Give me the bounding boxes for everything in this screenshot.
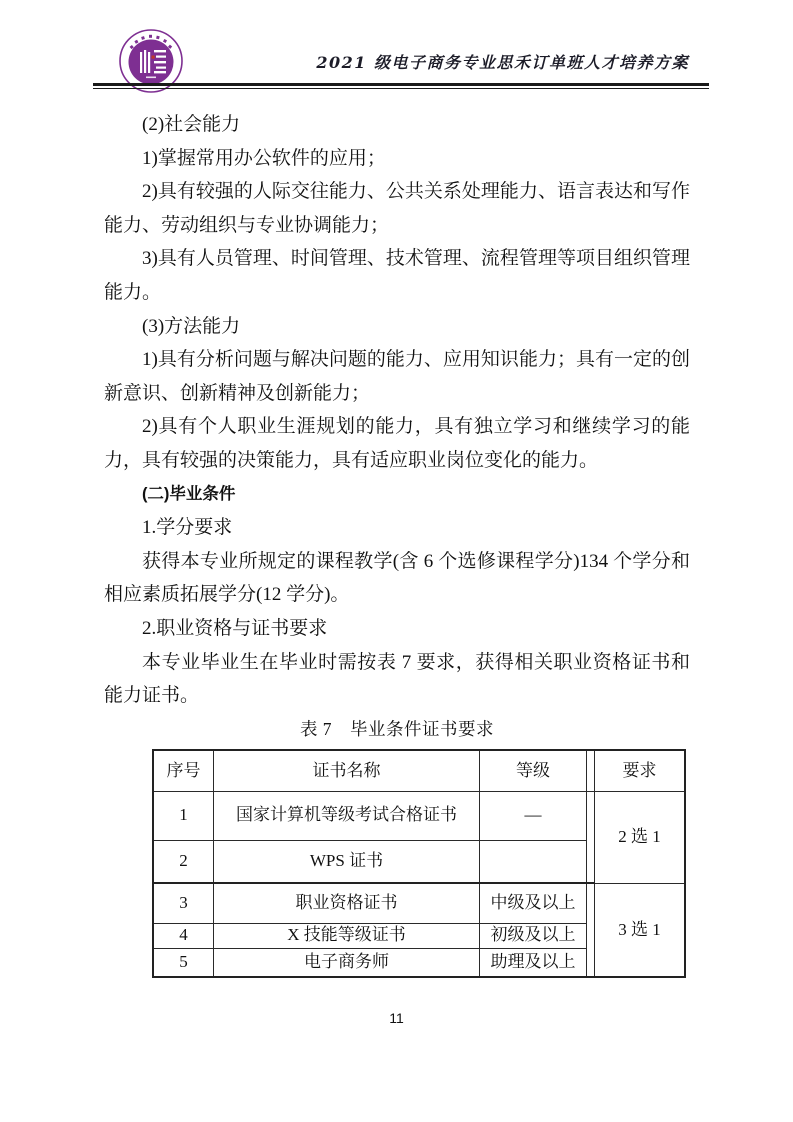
table-row: 3 职业资格证书 中级及以上 3 选 1 bbox=[153, 883, 685, 923]
cell-no: 5 bbox=[153, 948, 214, 977]
cell-requirement: 3 选 1 bbox=[595, 883, 686, 977]
column-header-name: 证书名称 bbox=[214, 750, 480, 791]
page-header-title: 2021 级电子商务专业思禾订单班人才培养方案 bbox=[316, 50, 689, 73]
cell-name: X 技能等级证书 bbox=[214, 923, 480, 948]
certificate-requirements-table: 序号 证书名称 等级 要求 1 国家计算机等级考试合格证书 — 2 选 1 2 … bbox=[152, 749, 686, 978]
paragraph: (3)方法能力 bbox=[104, 310, 690, 344]
cell-no: 4 bbox=[153, 923, 214, 948]
cell-no: 3 bbox=[153, 883, 214, 923]
cell-name: 职业资格证书 bbox=[214, 883, 480, 923]
column-header-no: 序号 bbox=[153, 750, 214, 791]
column-gap bbox=[587, 883, 595, 923]
paragraph: 获得本专业所规定的课程教学(含 6 个选修课程学分)134 个学分和相应素质拓展… bbox=[104, 545, 690, 612]
document-page: 2021 级电子商务专业思禾订单班人才培养方案 (2)社会能力 1)掌握常用办公… bbox=[0, 0, 793, 1122]
paragraph: 2.职业资格与证书要求 bbox=[104, 612, 690, 646]
cell-no: 1 bbox=[153, 791, 214, 840]
cell-name: 电子商务师 bbox=[214, 948, 480, 977]
column-gap bbox=[587, 791, 595, 840]
cell-level: 中级及以上 bbox=[480, 883, 587, 923]
document-body: (2)社会能力 1)掌握常用办公软件的应用； 2)具有较强的人际交往能力、公共关… bbox=[104, 108, 690, 978]
paragraph: 3)具有人员管理、时间管理、技术管理、流程管理等项目组织管理能力。 bbox=[104, 242, 690, 309]
paragraph: 1)具有分析问题与解决问题的能力、应用知识能力；具有一定的创新意识、创新精神及创… bbox=[104, 343, 690, 410]
cell-level: 初级及以上 bbox=[480, 923, 587, 948]
page-number: 11 bbox=[0, 1010, 793, 1026]
cell-requirement: 2 选 1 bbox=[595, 791, 686, 883]
cell-name: 国家计算机等级考试合格证书 bbox=[214, 791, 480, 840]
column-gap bbox=[587, 840, 595, 883]
column-header-level: 等级 bbox=[480, 750, 587, 791]
cell-name: WPS 证书 bbox=[214, 840, 480, 883]
column-header-req: 要求 bbox=[595, 750, 686, 791]
cell-level: — bbox=[480, 791, 587, 840]
table-row: 1 国家计算机等级考试合格证书 — 2 选 1 bbox=[153, 791, 685, 840]
table-header-row: 序号 证书名称 等级 要求 bbox=[153, 750, 685, 791]
paragraph: 2)具有较强的人际交往能力、公共关系处理能力、语言表达和写作能力、劳动组织与专业… bbox=[104, 175, 690, 242]
section-heading-graduation-conditions: (二)毕业条件 bbox=[104, 478, 690, 512]
paragraph: 1)掌握常用办公软件的应用； bbox=[104, 142, 690, 176]
column-gap bbox=[587, 923, 595, 948]
paragraph: 2)具有个人职业生涯规划的能力，具有独立学习和继续学习的能力，具有较强的决策能力… bbox=[104, 410, 690, 477]
paragraph: (2)社会能力 bbox=[104, 108, 690, 142]
cell-level bbox=[480, 840, 587, 883]
cell-level: 助理及以上 bbox=[480, 948, 587, 977]
table-caption: 表 7 毕业条件证书要求 bbox=[104, 713, 690, 747]
column-gap bbox=[587, 948, 595, 977]
paragraph: 本专业毕业生在毕业时需按表 7 要求，获得相关职业资格证书和能力证书。 bbox=[104, 646, 690, 713]
cell-no: 2 bbox=[153, 840, 214, 883]
column-gap bbox=[587, 750, 595, 791]
paragraph: 1.学分要求 bbox=[104, 511, 690, 545]
header-divider bbox=[93, 83, 709, 90]
